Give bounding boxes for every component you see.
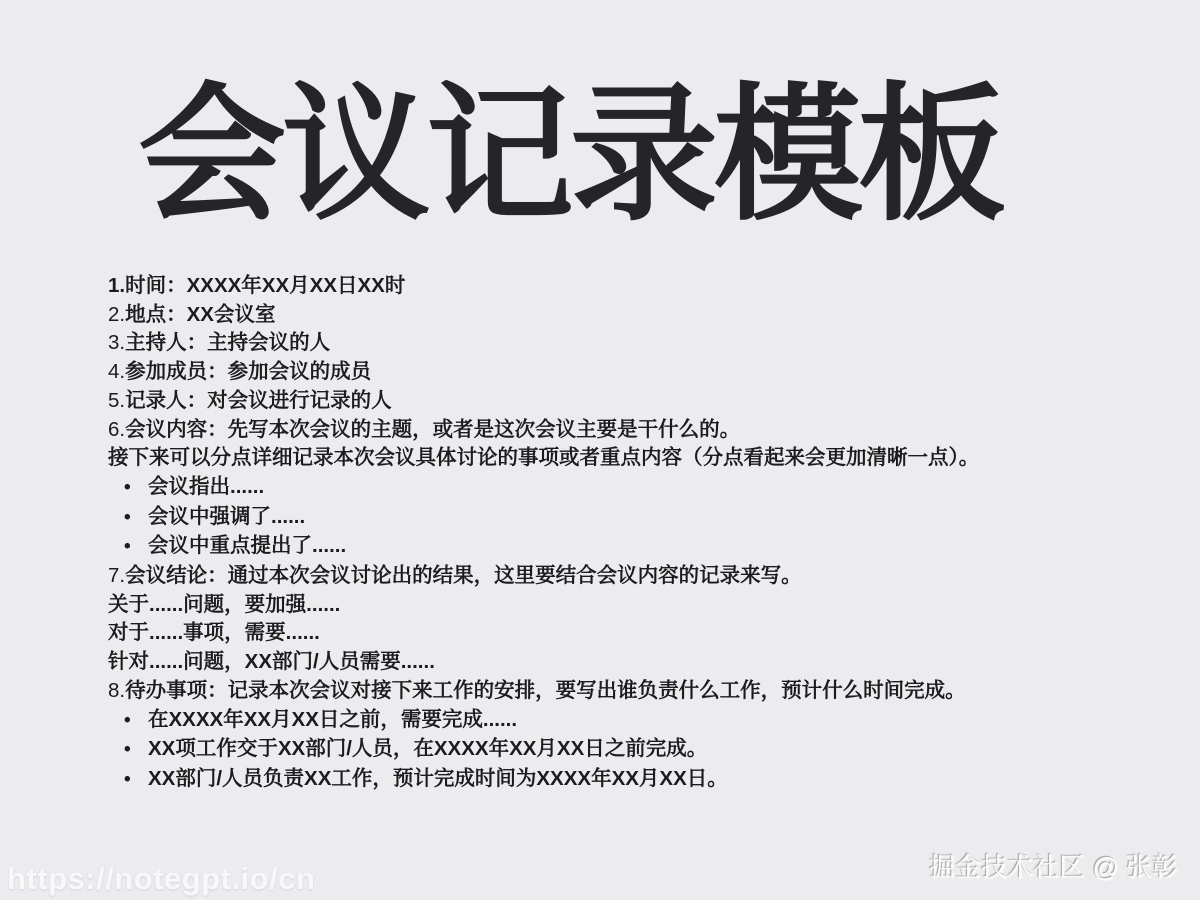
item-number: 3. (108, 331, 125, 354)
item-text: 会议结论：通过本次会议讨论出的结果，这里要结合会议内容的记录来写。 (125, 564, 802, 587)
list-item: 7.会议结论：通过本次会议讨论出的结果，这里要结合会议内容的记录来写。 (108, 562, 1118, 591)
item-text: 对于......事项，需要...... (108, 621, 320, 644)
item-number: 5. (108, 389, 125, 412)
item-text: XX部门/人员负责XX工作，预计完成时间为XXXX年XX月XX日。 (148, 767, 728, 790)
bullet-icon: • (124, 736, 148, 765)
bullet-item: •XX项工作交于XX部门/人员，在XXXX年XX月XX日之前完成。 (108, 735, 1118, 765)
item-text: 会议指出...... (148, 475, 264, 498)
item-text: 参加成员：参加会议的成员 (125, 360, 371, 383)
page-title: 会议记录模板 (0, 78, 1140, 233)
bullet-item: •会议中强调了...... (108, 503, 1118, 533)
item-text: 记录人：对会议进行记录的人 (125, 389, 392, 412)
item-number: 6. (108, 418, 125, 441)
item-number: 2. (108, 303, 125, 326)
bullet-item: •XX部门/人员负责XX工作，预计完成时间为XXXX年XX月XX日。 (108, 765, 1118, 795)
item-number: 1. (108, 274, 125, 297)
bullet-icon: • (124, 533, 148, 562)
list-item: 8.待办事项：记录本次会议对接下来工作的安排，要写出谁负责什么工作，预计什么时间… (108, 677, 1118, 706)
list-item: 针对......问题，XX部门/人员需要...... (108, 648, 1118, 677)
list-item: 对于......事项，需要...... (108, 619, 1118, 648)
item-text: XX项工作交于XX部门/人员，在XXXX年XX月XX日之前完成。 (148, 737, 707, 760)
item-text: 时间：XXXX年XX月XX日XX时 (125, 274, 405, 297)
item-text: 地点：XX会议室 (125, 303, 275, 326)
item-text: 关于......问题，要加强...... (108, 593, 340, 616)
item-text: 待办事项：记录本次会议对接下来工作的安排，要写出谁负责什么工作，预计什么时间完成… (125, 679, 966, 702)
bullet-item: •会议中重点提出了...... (108, 532, 1118, 562)
item-text: 针对......问题，XX部门/人员需要...... (108, 650, 435, 673)
item-text: 会议中重点提出了...... (148, 534, 346, 557)
item-text: 主持人：主持会议的人 (125, 331, 330, 354)
watermark-credit: 掘金技术社区 @ 张彰 (929, 847, 1178, 884)
item-number: 4. (108, 360, 125, 383)
list-item: 1.时间：XXXX年XX月XX日XX时 (108, 272, 1118, 301)
item-number: 8. (108, 679, 125, 702)
item-number: 7. (108, 564, 125, 587)
list-item: 关于......问题，要加强...... (108, 591, 1118, 620)
bullet-icon: • (124, 707, 148, 736)
list-item: 3.主持人：主持会议的人 (108, 329, 1118, 358)
bullet-item: •在XXXX年XX月XX日之前，需要完成...... (108, 706, 1118, 736)
list-item: 接下来可以分点详细记录本次会议具体讨论的事项或者重点内容（分点看起来会更加清晰一… (108, 444, 1118, 473)
item-text: 接下来可以分点详细记录本次会议具体讨论的事项或者重点内容（分点看起来会更加清晰一… (108, 446, 979, 469)
list-item: 6.会议内容：先写本次会议的主题，或者是这次会议主要是干什么的。 (108, 416, 1118, 445)
bullet-item: •会议指出...... (108, 473, 1118, 503)
item-text: 会议中强调了...... (148, 505, 305, 528)
bullet-icon: • (124, 474, 148, 503)
bullet-icon: • (124, 504, 148, 533)
document-body: 1.时间：XXXX年XX月XX日XX时2.地点：XX会议室3.主持人：主持会议的… (108, 272, 1118, 795)
list-item: 2.地点：XX会议室 (108, 301, 1118, 330)
item-text: 会议内容：先写本次会议的主题，或者是这次会议主要是干什么的。 (125, 418, 740, 441)
list-item: 5.记录人：对会议进行记录的人 (108, 387, 1118, 416)
bullet-icon: • (124, 766, 148, 795)
list-item: 4.参加成员：参加会议的成员 (108, 358, 1118, 387)
watermark-url: https://notegpt.io/cn (7, 861, 315, 897)
meeting-minutes-template-image: 会议记录模板 1.时间：XXXX年XX月XX日XX时2.地点：XX会议室3.主持… (0, 0, 1200, 900)
item-text: 在XXXX年XX月XX日之前，需要完成...... (148, 708, 517, 731)
